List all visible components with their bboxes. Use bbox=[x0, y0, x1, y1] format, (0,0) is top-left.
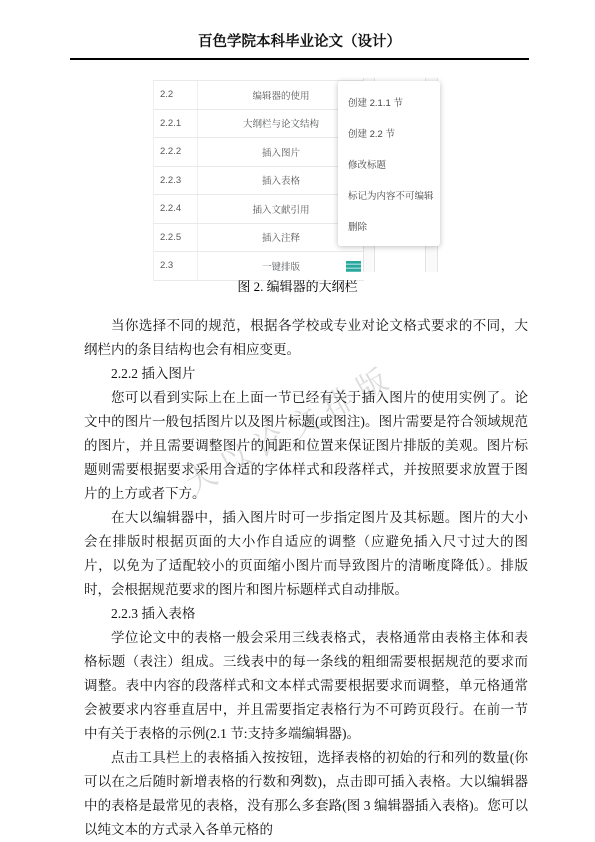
outline-row-number: 2.2.2 bbox=[154, 138, 198, 166]
outline-row-2-2-4[interactable]: 2.2.4 插入文献引用 bbox=[154, 195, 364, 224]
paragraph: 在大以编辑器中，插入图片时可一步指定图片及其标题。图片的大小会在排版时根据页面的… bbox=[84, 506, 528, 602]
outline-row-2-2-1[interactable]: 2.2.1 大纲栏与论文结构 bbox=[154, 110, 364, 139]
outline-row-2-2-5[interactable]: 2.2.5 插入注释 bbox=[154, 224, 364, 253]
header-title: 百色学院本科毕业论文（设计） bbox=[198, 34, 401, 50]
document-page: 百色学院本科毕业论文（设计） 2.2 编辑器的使用 2.2.1 大纲栏与论文结构… bbox=[0, 0, 595, 842]
figure-outline-screenshot: 2.2 编辑器的使用 2.2.1 大纲栏与论文结构 2.2.2 插入图片 2.2… bbox=[0, 78, 595, 274]
outline-table: 2.2 编辑器的使用 2.2.1 大纲栏与论文结构 2.2.2 插入图片 2.2… bbox=[153, 80, 364, 281]
outline-row-number: 2.2.5 bbox=[154, 224, 198, 252]
menu-item-mark-readonly[interactable]: 标记为内容不可编辑 bbox=[338, 179, 440, 210]
outline-row-title: 一键排版 bbox=[198, 259, 364, 273]
outline-row-2-2-2[interactable]: 2.2.2 插入图片 bbox=[154, 138, 364, 167]
menu-item-edit-title[interactable]: 修改标题 bbox=[338, 148, 440, 179]
running-header: 百色学院本科毕业论文（设计） bbox=[70, 30, 529, 60]
body-text: 当你选择不同的规范，根据各学校或专业对论文格式要求的不同，大纲栏内的条目结构也会… bbox=[84, 314, 528, 842]
outline-row-number: 2.2 bbox=[154, 81, 198, 109]
outline-context-menu: 创建 2.1.1 节 创建 2.2 节 修改标题 标记为内容不可编辑 删除 bbox=[338, 81, 440, 246]
outline-row-number: 2.2.1 bbox=[154, 110, 198, 138]
paragraph: 学位论文中的表格一般会采用三线表格式，表格通常由表格主体和表格标题（表注）组成。… bbox=[84, 626, 528, 746]
outline-row-2-2[interactable]: 2.2 编辑器的使用 bbox=[154, 81, 364, 110]
paragraph: 当你选择不同的规范，根据各学校或专业对论文格式要求的不同，大纲栏内的条目结构也会… bbox=[84, 314, 528, 362]
section-heading-2-2-2: 2.2.2 插入图片 bbox=[84, 362, 528, 386]
paragraph: 点击工具栏上的表格插入按按钮，选择表格的初始的行和列的数量(你可以在之后随时新增… bbox=[84, 746, 528, 842]
menu-item-delete[interactable]: 删除 bbox=[338, 210, 440, 241]
outline-row-2-2-3[interactable]: 2.2.3 插入表格 bbox=[154, 167, 364, 196]
figure-caption: 图 2. 编辑器的大纲栏 bbox=[0, 276, 595, 295]
outline-row-number: 2.2.3 bbox=[154, 167, 198, 195]
menu-item-create-subsection[interactable]: 创建 2.1.1 节 bbox=[338, 86, 440, 117]
outline-row-number: 2.2.4 bbox=[154, 195, 198, 223]
section-heading-2-2-3: 2.2.3 插入表格 bbox=[84, 602, 528, 626]
ordered-list-icon[interactable] bbox=[346, 261, 361, 272]
menu-item-create-section[interactable]: 创建 2.2 节 bbox=[338, 117, 440, 148]
paragraph: 您可以看到实际上在上面一节已经有关于插入图片的使用实例了。论文中的图片一般包括图… bbox=[84, 386, 528, 506]
